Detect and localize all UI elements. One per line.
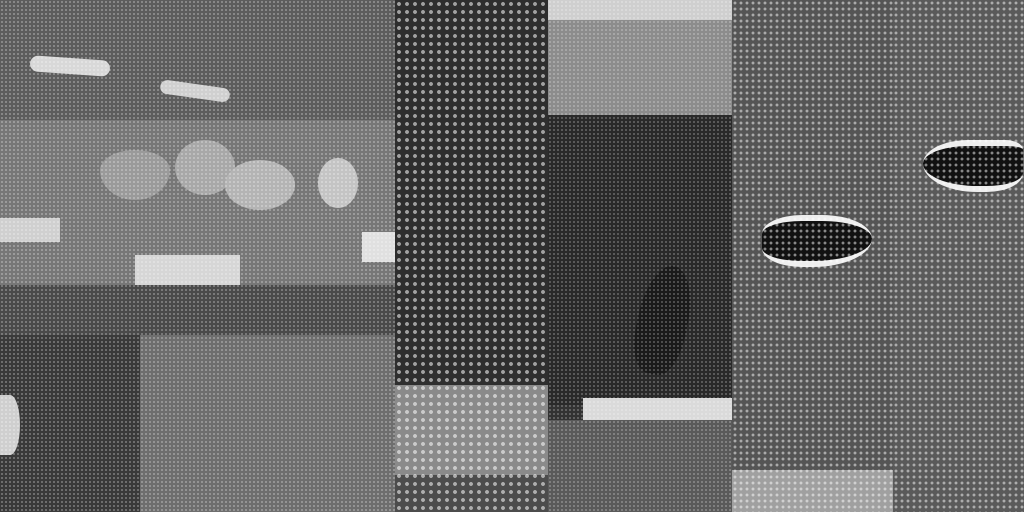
collage-strip-eye-closeup [893,0,1024,512]
halftone-screen [732,0,893,512]
halftone-screen [893,0,1024,512]
halftone-screen [0,0,395,512]
collage-strip-beak-closeup [732,0,893,512]
collage-strip-perched-bird [548,0,732,512]
halftone-screen [395,0,548,512]
halftone-screen [548,0,732,512]
collage-strip-birds-shelf [0,0,395,512]
collage-strip-coarse-shelf [395,0,548,512]
